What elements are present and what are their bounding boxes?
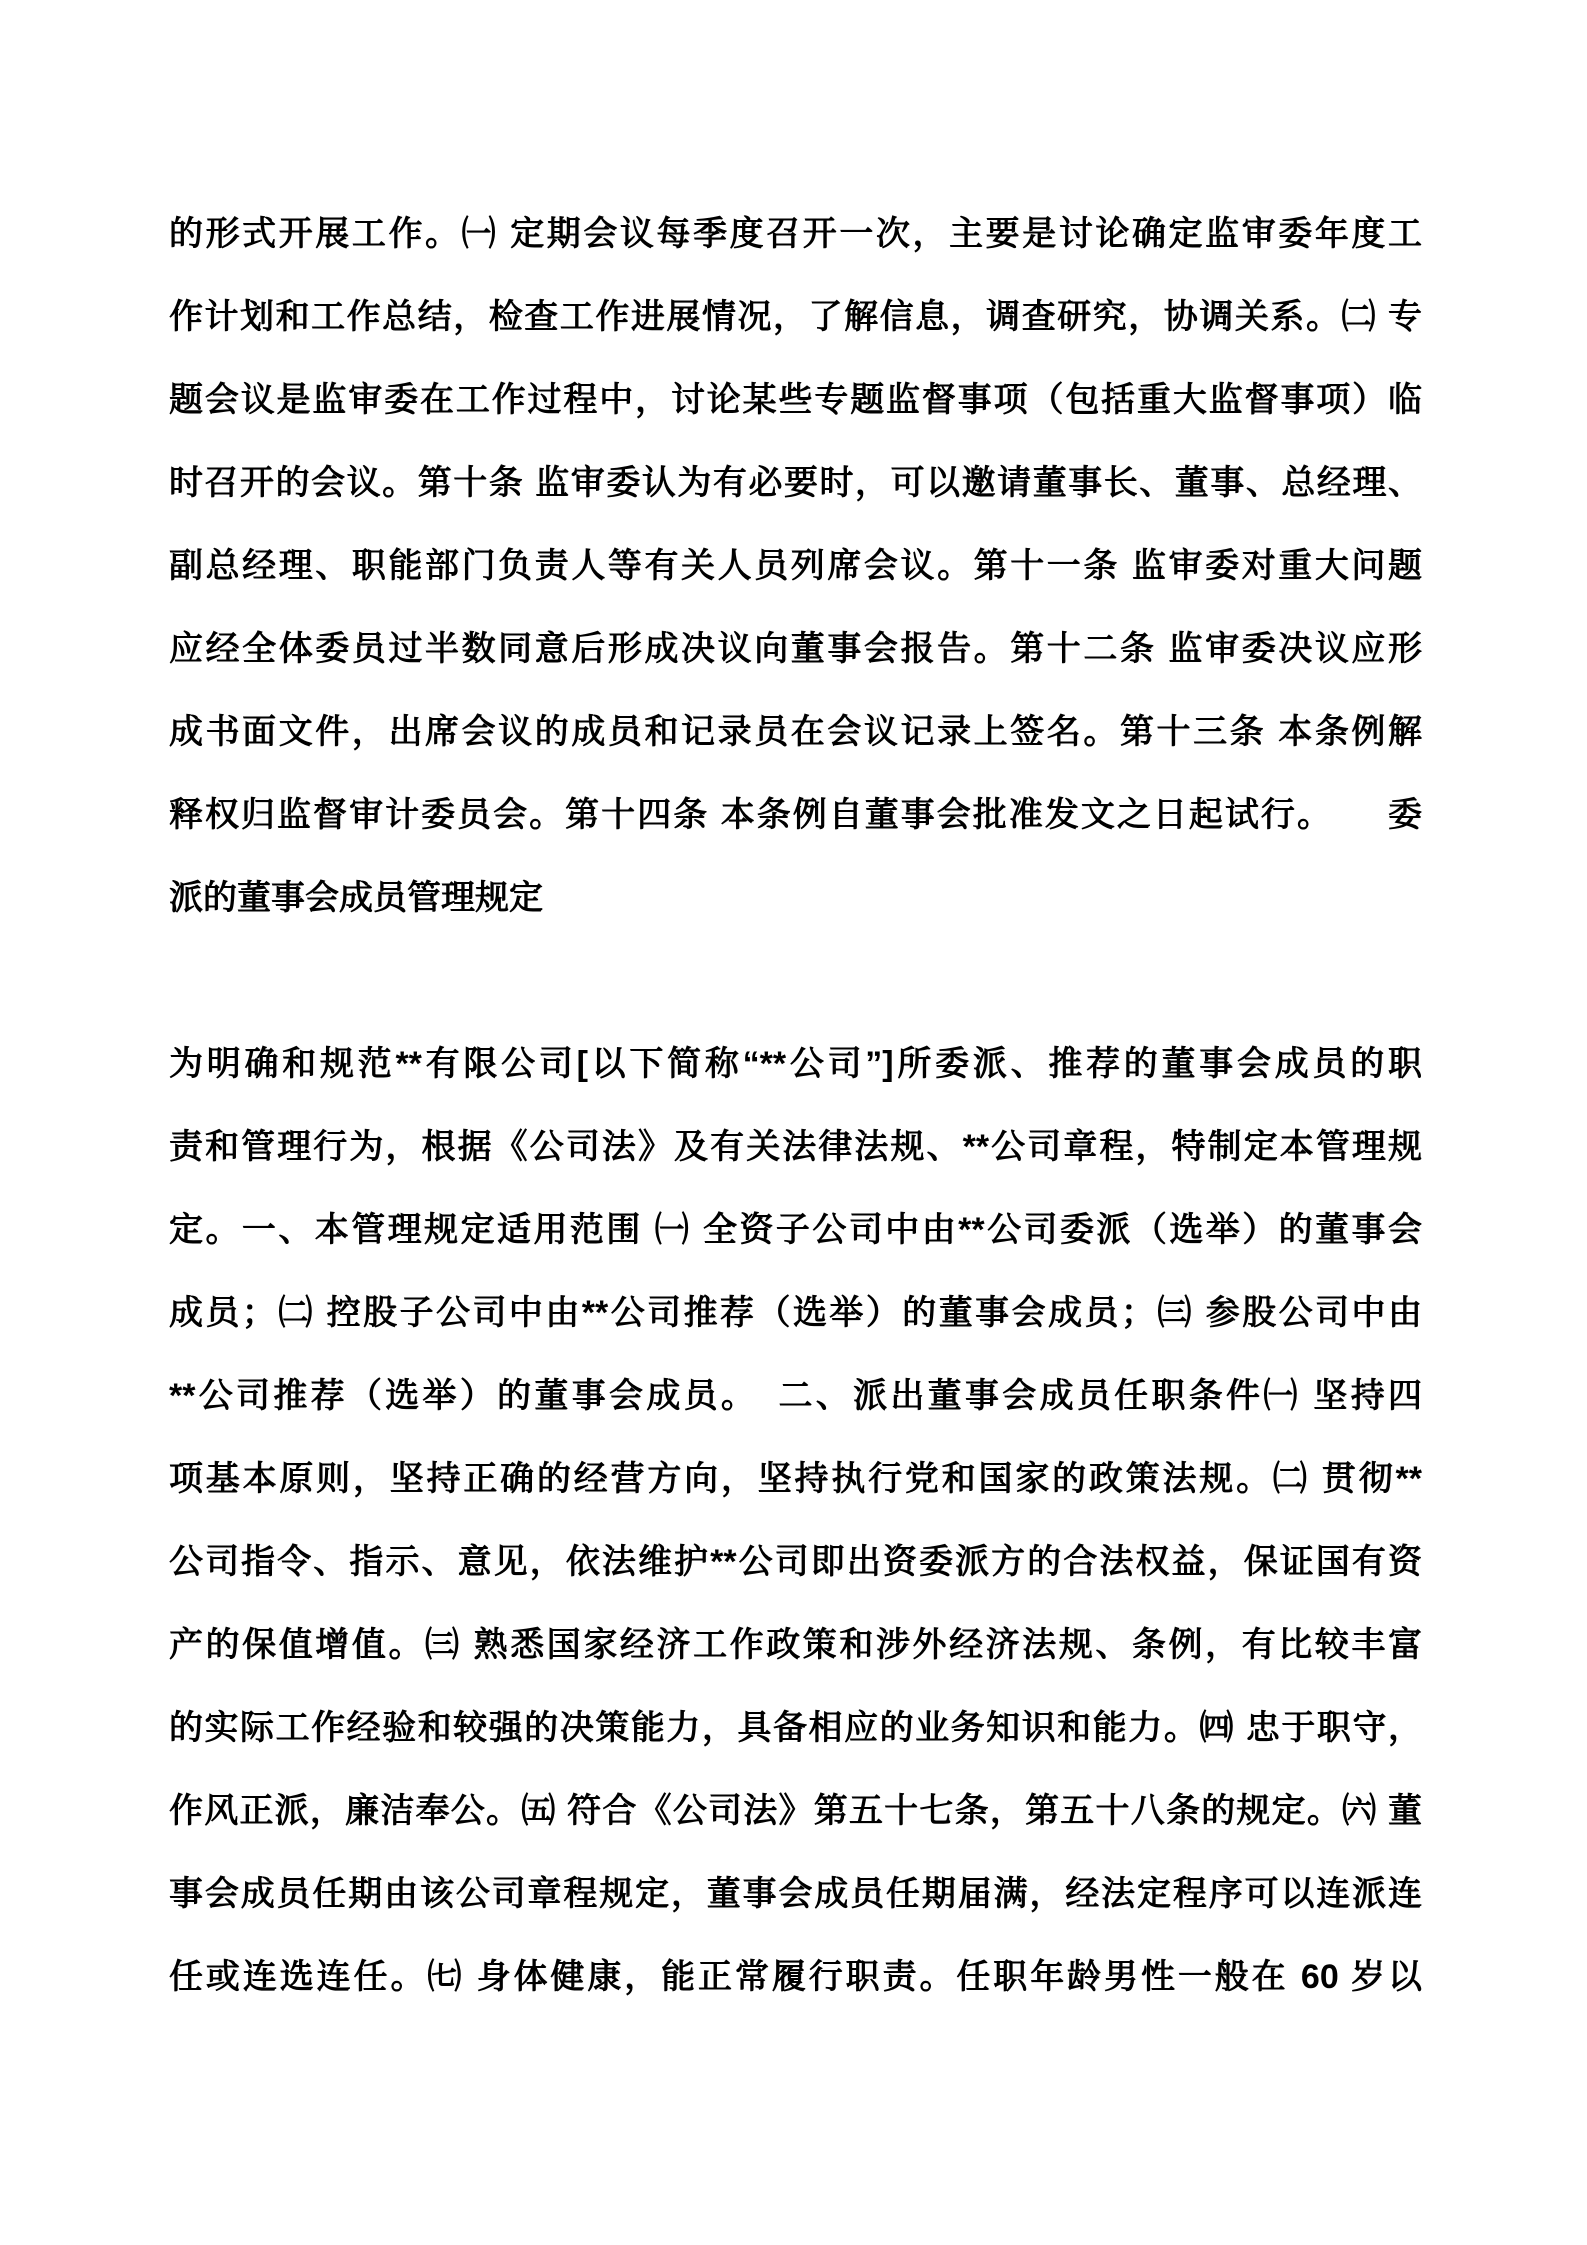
text-line: 成书面文件，出席会议的成员和记录员在会议记录上签名。第十三条 本条例解 — [169, 691, 1422, 774]
document-content: 的形式开展工作。㈠ 定期会议每季度召开一次，主要是讨论确定监审委年度工 作计划和… — [169, 193, 1422, 2019]
text-line: 释权归监督审计委员会。第十四条 本条例自董事会批准发文之日起试行。 委 — [169, 774, 1422, 857]
text-line: 派的董事会成员管理规定 — [169, 857, 1422, 940]
text-line: 责和管理行为，根据《公司法》及有关法律法规、**公司章程，特制定本管理规 — [169, 1106, 1422, 1189]
text-line: 为明确和规范**有限公司[以下简称“**公司”]所委派、推荐的董事会成员的职 — [169, 1023, 1422, 1106]
text-line: 定。一、本管理规定适用范围 ㈠ 全资子公司中由**公司委派（选举）的董事会 — [169, 1189, 1422, 1272]
text-line: **公司推荐（选举）的董事会成员。 二、派出董事会成员任职条件㈠ 坚持四 — [169, 1355, 1422, 1438]
text-line: 成员；㈡ 控股子公司中由**公司推荐（选举）的董事会成员；㈢ 参股公司中由 — [169, 1272, 1422, 1355]
text-line: 公司指令、指示、意见，依法维护**公司即出资委派方的合法权益，保证国有资 — [169, 1521, 1422, 1604]
text-line: 应经全体委员过半数同意后形成决议向董事会报告。第十二条 监审委决议应形 — [169, 608, 1422, 691]
text-line: 项基本原则，坚持正确的经营方向，坚持执行党和国家的政策法规。㈡ 贯彻** — [169, 1438, 1422, 1521]
text-line: 任或连选连任。㈦ 身体健康，能正常履行职责。任职年龄男性一般在 60 岁以 — [169, 1936, 1422, 2019]
paragraph-2: 为明确和规范**有限公司[以下简称“**公司”]所委派、推荐的董事会成员的职 责… — [169, 1023, 1422, 2019]
text-line: 时召开的会议。第十条 监审委认为有必要时，可以邀请董事长、董事、总经理、 — [169, 442, 1422, 525]
text-line: 产的保值增值。㈢ 熟悉国家经济工作政策和涉外经济法规、条例，有比较丰富 — [169, 1604, 1422, 1687]
text-line: 的实际工作经验和较强的决策能力，具备相应的业务知识和能力。㈣ 忠于职守， — [169, 1687, 1422, 1770]
text-line: 事会成员任期由该公司章程规定，董事会成员任期届满，经法定程序可以连派连 — [169, 1853, 1422, 1936]
text-line: 作风正派，廉洁奉公。㈤ 符合《公司法》第五十七条，第五十八条的规定。㈥ 董 — [169, 1770, 1422, 1853]
paragraph-1: 的形式开展工作。㈠ 定期会议每季度召开一次，主要是讨论确定监审委年度工 作计划和… — [169, 193, 1422, 940]
text-line: 的形式开展工作。㈠ 定期会议每季度召开一次，主要是讨论确定监审委年度工 — [169, 193, 1422, 276]
text-line: 作计划和工作总结，检查工作进展情况，了解信息，调查研究，协调关系。㈡ 专 — [169, 276, 1422, 359]
text-line: 副总经理、职能部门负责人等有关人员列席会议。第十一条 监审委对重大问题 — [169, 525, 1422, 608]
text-line: 题会议是监审委在工作过程中，讨论某些专题监督事项（包括重大监督事项）临 — [169, 359, 1422, 442]
document-page: 的形式开展工作。㈠ 定期会议每季度召开一次，主要是讨论确定监审委年度工 作计划和… — [0, 0, 1587, 2245]
